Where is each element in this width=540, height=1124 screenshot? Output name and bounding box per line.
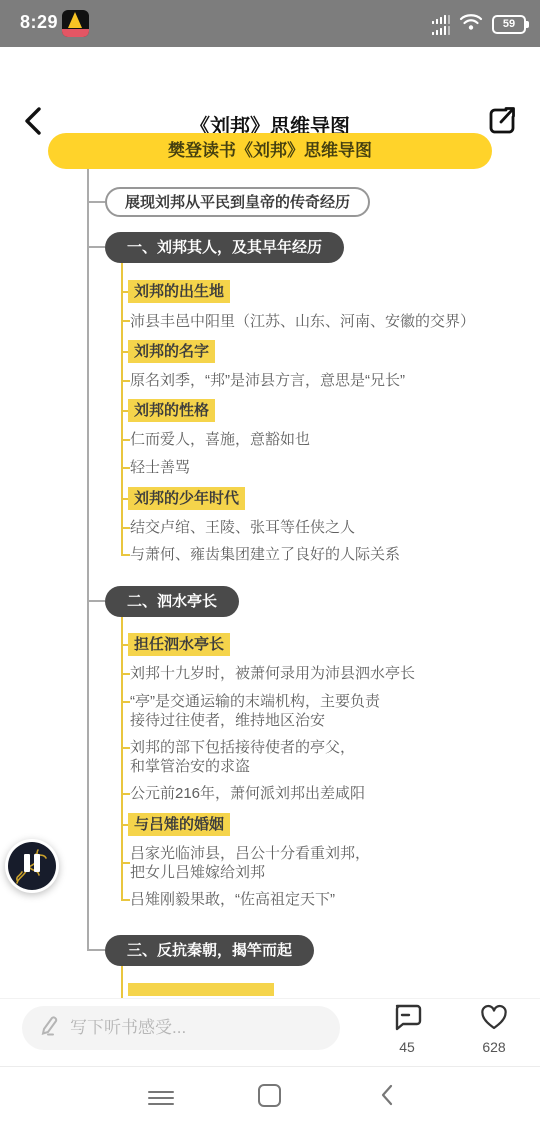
topic-text: 刘邦十九岁时，被萧何录用为沛县泗水亭长 <box>130 664 415 683</box>
mindmap-root-node[interactable]: 樊登读书《刘邦》思维导图 <box>48 133 492 169</box>
connector <box>121 793 130 795</box>
clipped-topic-label <box>128 983 274 996</box>
connector <box>121 380 130 382</box>
like-count: 628 <box>464 1039 524 1055</box>
connector <box>87 201 105 203</box>
share-icon[interactable] <box>484 103 520 139</box>
connector <box>87 600 105 602</box>
like-button[interactable]: 628 <box>464 1002 524 1055</box>
connector <box>121 824 128 826</box>
comment-icon <box>392 1019 422 1036</box>
connector <box>87 246 105 248</box>
connector <box>121 747 130 749</box>
connector <box>121 439 130 441</box>
pause-icon <box>34 854 40 872</box>
floating-player-button[interactable] <box>5 839 59 893</box>
main-branch-line <box>87 169 89 951</box>
section-1-node[interactable]: 一、刘邦其人，及其早年经历 <box>105 232 344 263</box>
nav-back-icon[interactable] <box>376 1083 400 1107</box>
topic-text: “亭”是交通运输的末端机构，主要负责 接待过往使者，维持地区治安 <box>130 692 380 730</box>
topic-text: 公元前216年，萧何派刘邦出差咸阳 <box>130 784 365 803</box>
comment-input[interactable] <box>70 1018 326 1038</box>
topic-label[interactable]: 刘邦的名字 <box>128 340 215 363</box>
connector <box>121 320 130 322</box>
wifi-icon <box>459 12 483 37</box>
connector <box>121 673 130 675</box>
topic-label[interactable]: 刘邦的少年时代 <box>128 487 245 510</box>
connector <box>121 351 128 353</box>
topic-text: 沛县丰邑中阳里（江苏、山东、河南、安徽的交界） <box>130 312 475 331</box>
heart-icon <box>479 1019 509 1036</box>
status-bar: 8:29 59 <box>0 0 540 47</box>
comment-count: 45 <box>377 1039 437 1055</box>
comments-button[interactable]: 45 <box>377 1002 437 1055</box>
topic-text: 吕雉刚毅果敢，“佐高祖定天下” <box>130 890 335 909</box>
connector <box>121 410 128 412</box>
connector <box>121 527 130 529</box>
connector <box>121 862 130 864</box>
topic-text: 刘邦的部下包括接待使者的亭父， 和掌管治安的求盗 <box>130 738 355 776</box>
connector <box>121 467 130 469</box>
app-notification-icon <box>62 10 89 37</box>
topic-label[interactable]: 刘邦的出生地 <box>128 280 230 303</box>
topic-text: 原名刘季，“邦”是沛县方言，意思是“兄长” <box>130 371 405 390</box>
topic-label[interactable]: 与吕雉的婚姻 <box>128 813 230 836</box>
topic-text: 结交卢绾、王陵、张耳等任侠之人 <box>130 518 355 537</box>
mindmap-subtitle-node[interactable]: 展现刘邦从平民到皇帝的传奇经历 <box>105 187 370 217</box>
connector <box>121 644 128 646</box>
player-artwork <box>8 842 56 890</box>
pause-icon <box>24 854 30 872</box>
topic-text: 吕家光临沛县，吕公十分看重刘邦， 把女儿吕雉嫁给刘邦 <box>130 844 370 882</box>
nav-menu-icon[interactable] <box>148 1087 174 1109</box>
connector <box>121 554 130 556</box>
pencil-icon <box>36 1013 62 1044</box>
section-2-node[interactable]: 二、泗水亭长 <box>105 586 239 617</box>
header: 《刘邦》思维导图 <box>0 47 540 115</box>
connector <box>121 498 128 500</box>
app-screen: 8:29 59 《刘邦》思维导图 <box>0 0 540 1124</box>
topic-label[interactable]: 刘邦的性格 <box>128 399 215 422</box>
connector <box>121 899 130 901</box>
section-3-node[interactable]: 三、反抗秦朝，揭竿而起 <box>105 935 314 966</box>
battery-icon: 59 <box>492 15 526 34</box>
topic-text: 与萧何、雍齿集团建立了良好的人际关系 <box>130 545 400 564</box>
topic-label[interactable]: 担任泗水亭长 <box>128 633 230 656</box>
comment-input-wrapper[interactable] <box>22 1006 340 1050</box>
status-time: 8:29 <box>20 12 58 33</box>
section3-branch-line <box>121 966 123 998</box>
connector <box>121 291 128 293</box>
connector <box>87 949 105 951</box>
section2-branch-line <box>121 617 123 901</box>
connector <box>121 701 130 703</box>
topic-text: 轻士善骂 <box>130 458 190 477</box>
nav-home-icon[interactable] <box>258 1084 281 1107</box>
signal-icon <box>432 15 451 35</box>
topic-text: 仁而爱人，喜施，意豁如也 <box>130 430 310 449</box>
